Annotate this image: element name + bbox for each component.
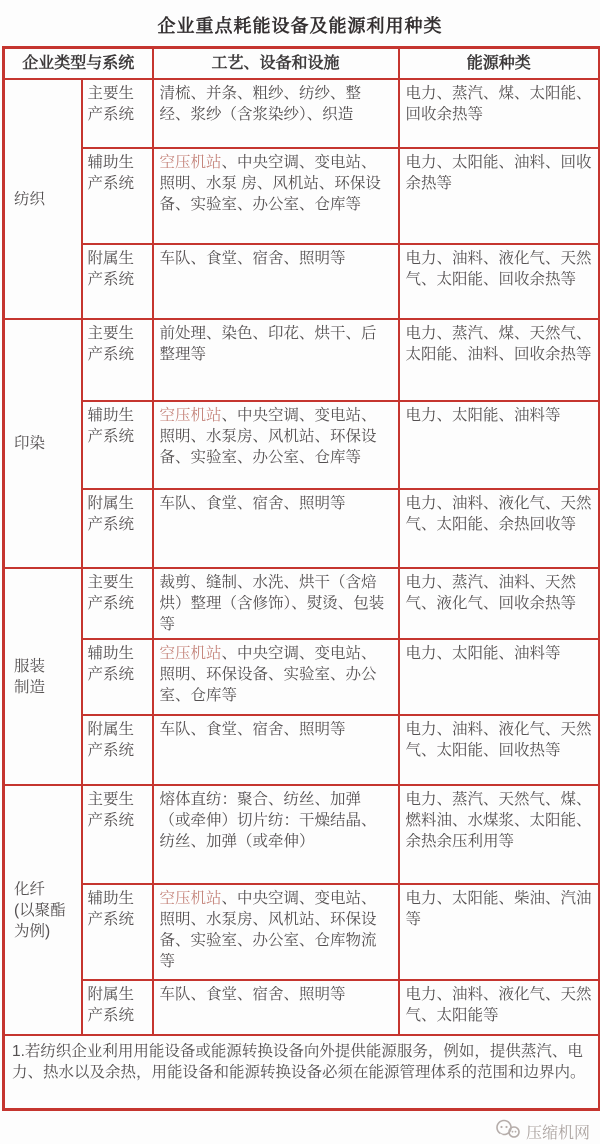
- table-row: 服装 制造 主要生产系统 裁剪、缝制、水洗、烘干（含焙烘）整理（含修饰）、熨烫、…: [4, 568, 600, 639]
- process-cell: 空压机站、中央空调、变电站、照明、水泵房、风机站、环保设备、实验室、办公室、仓库…: [153, 884, 399, 980]
- process-text: 前处理、染色、印花、烘干、后整理等: [160, 325, 377, 363]
- table-row: 辅助生产系统 空压机站、中央空调、变电站、照明、水泵房、风机站、环保设备、实验室…: [4, 401, 600, 489]
- highlight-air-compressor: 空压机站: [160, 154, 222, 171]
- system-cell: 主要生产系统: [82, 568, 153, 639]
- process-text: 车队、食堂、宿舍、照明等: [160, 721, 346, 738]
- process-text: 裁剪、缝制、水洗、烘干（含焙烘）整理（含修饰）、熨烫、包装等: [160, 574, 385, 633]
- system-cell: 附属生产系统: [82, 715, 153, 785]
- energy-cell: 电力、油料、液化气、天然气、太阳能等: [399, 980, 600, 1035]
- process-cell: 车队、食堂、宿舍、照明等: [153, 489, 399, 568]
- process-cell: 车队、食堂、宿舍、照明等: [153, 980, 399, 1035]
- table-row: 附属生产系统 车队、食堂、宿舍、照明等 电力、油料、液化气、天然气、太阳能、余热…: [4, 489, 600, 568]
- system-cell: 附属生产系统: [82, 980, 153, 1035]
- energy-cell: 电力、油料、液化气、天然气、太阳能、回收热等: [399, 715, 600, 785]
- system-cell: 附属生产系统: [82, 489, 153, 568]
- process-cell: 车队、食堂、宿舍、照明等: [153, 715, 399, 785]
- energy-cell: 电力、油料、液化气、天然气、太阳能、余热回收等: [399, 489, 600, 568]
- highlight-air-compressor: 空压机站: [160, 890, 222, 907]
- table-row: 附属生产系统 车队、食堂、宿舍、照明等 电力、油料、液化气、天然气、太阳能等: [4, 980, 600, 1035]
- energy-cell: 电力、油料、液化气、天然气、太阳能、回收余热等: [399, 244, 600, 319]
- industry-cell-chemical-fiber: 化纤 (以聚酯 为例): [4, 785, 82, 1035]
- system-cell: 辅助生产系统: [82, 401, 153, 489]
- process-cell: 清梳、并条、粗纱、纺纱、整经、浆纱（含浆染纱）、织造: [153, 79, 399, 148]
- process-cell: 车队、食堂、宿舍、照明等: [153, 244, 399, 319]
- system-cell: 辅助生产系统: [82, 148, 153, 244]
- process-cell: 空压机站、中央空调、变电站、照明、水泵房、风机站、环保设备、实验室、办公室、仓库…: [153, 401, 399, 489]
- industry-cell-textile: 纺织: [4, 79, 82, 319]
- header-energy-type: 能源种类: [399, 48, 600, 80]
- energy-cell: 电力、蒸汽、煤、太阳能、回收余热等: [399, 79, 600, 148]
- table-row: 化纤 (以聚酯 为例) 主要生产系统 熔体直纺：聚合、纺丝、加弹（或牵伸）切片纺…: [4, 785, 600, 884]
- header-enterprise-type: 企业类型与系统: [4, 48, 153, 80]
- energy-cell: 电力、蒸汽、油料、天然气、液化气、回收余热等: [399, 568, 600, 639]
- process-text: 车队、食堂、宿舍、照明等: [160, 986, 346, 1003]
- table-row: 附属生产系统 车队、食堂、宿舍、照明等 电力、油料、液化气、天然气、太阳能、回收…: [4, 715, 600, 785]
- process-cell: 熔体直纺：聚合、纺丝、加弹（或牵伸）切片纺：干燥结晶、纺丝、加弹（或牵伸）: [153, 785, 399, 884]
- watermark-label: 压缩机网: [526, 1120, 590, 1143]
- process-text: 熔体直纺：聚合、纺丝、加弹（或牵伸）切片纺：干燥结晶、纺丝、加弹（或牵伸）: [160, 791, 377, 850]
- system-cell: 辅助生产系统: [82, 884, 153, 980]
- process-text: 车队、食堂、宿舍、照明等: [160, 250, 346, 267]
- table-row: 印染 主要生产系统 前处理、染色、印花、烘干、后整理等 电力、蒸汽、煤、天然气、…: [4, 319, 600, 401]
- industry-cell-garment: 服装 制造: [4, 568, 82, 785]
- energy-cell: 电力、蒸汽、天然气、煤、燃料油、水煤浆、太阳能、余热余压利用等: [399, 785, 600, 884]
- system-cell: 辅助生产系统: [82, 639, 153, 715]
- highlight-air-compressor: 空压机站: [160, 645, 222, 662]
- table-row: 辅助生产系统 空压机站、中央空调、变电站、照明、水泵房、风机站、环保设备、实验室…: [4, 884, 600, 980]
- energy-cell: 电力、蒸汽、煤、天然气、太阳能、油料、回收余热等: [399, 319, 600, 401]
- table-row: 附属生产系统 车队、食堂、宿舍、照明等 电力、油料、液化气、天然气、太阳能、回收…: [4, 244, 600, 319]
- chat-bubbles-icon: [494, 1119, 521, 1144]
- footnote-row: 1.若纺织企业利用用能设备或能源转换设备向外提供能源服务，例如，提供蒸汽、电力、…: [4, 1035, 600, 1109]
- energy-cell: 电力、太阳能、柴油、汽油等: [399, 884, 600, 980]
- watermark: 压缩机网: [0, 1111, 600, 1144]
- highlight-air-compressor: 空压机站: [160, 407, 222, 424]
- energy-cell: 电力、太阳能、油料等: [399, 401, 600, 489]
- table-row: 辅助生产系统 空压机站、中央空调、变电站、照明、环保设备、实验室、办公室、仓库等…: [4, 639, 600, 715]
- industry-cell-dyeing: 印染: [4, 319, 82, 568]
- footnote-text: 1.若纺织企业利用用能设备或能源转换设备向外提供能源服务，例如，提供蒸汽、电力、…: [4, 1035, 600, 1109]
- system-cell: 附属生产系统: [82, 244, 153, 319]
- table-row: 纺织 主要生产系统 清梳、并条、粗纱、纺纱、整经、浆纱（含浆染纱）、织造 电力、…: [4, 79, 600, 148]
- energy-cell: 电力、太阳能、油料等: [399, 639, 600, 715]
- process-cell: 裁剪、缝制、水洗、烘干（含焙烘）整理（含修饰）、熨烫、包装等: [153, 568, 399, 639]
- table-header-row: 企业类型与系统 工艺、设备和设施 能源种类: [4, 48, 600, 80]
- process-text: 车队、食堂、宿舍、照明等: [160, 495, 346, 512]
- header-process-equipment: 工艺、设备和设施: [153, 48, 399, 80]
- system-cell: 主要生产系统: [82, 79, 153, 148]
- system-cell: 主要生产系统: [82, 785, 153, 884]
- energy-equipment-table: 企业类型与系统 工艺、设备和设施 能源种类 纺织 主要生产系统 清梳、并条、粗纱…: [2, 46, 600, 1111]
- process-cell: 空压机站、中央空调、变电站、照明、环保设备、实验室、办公室、仓库等: [153, 639, 399, 715]
- process-cell: 空压机站、中央空调、变电站、照明、水泵 房、风机站、环保设备、实验室、办公室、仓…: [153, 148, 399, 244]
- energy-cell: 电力、太阳能、油料、回收余热等: [399, 148, 600, 244]
- page-title: 企业重点耗能设备及能源利用种类: [0, 0, 600, 46]
- system-cell: 主要生产系统: [82, 319, 153, 401]
- process-text: 清梳、并条、粗纱、纺纱、整经、浆纱（含浆染纱）、织造: [160, 85, 362, 123]
- process-cell: 前处理、染色、印花、烘干、后整理等: [153, 319, 399, 401]
- table-row: 辅助生产系统 空压机站、中央空调、变电站、照明、水泵 房、风机站、环保设备、实验…: [4, 148, 600, 244]
